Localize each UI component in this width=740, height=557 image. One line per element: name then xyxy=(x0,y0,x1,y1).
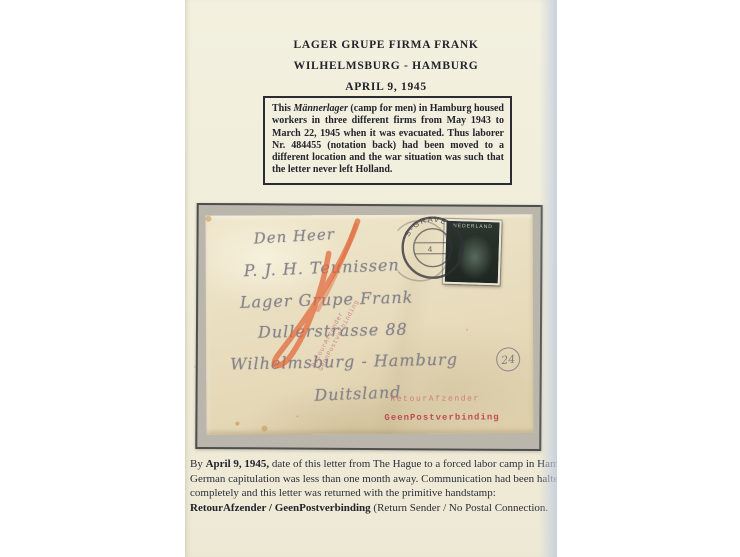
exhibit-title: LAGER GRUPE FIRMA FRANK WILHELMSBURG - H… xyxy=(215,35,557,98)
address-line-6: Duitsland xyxy=(314,382,402,404)
exhibit-title-line-1: LAGER GRUPE FIRMA FRANK xyxy=(215,35,557,56)
postal-district-number: 24 xyxy=(495,346,521,372)
exhibit-title-line-3: APRIL 9, 1945 xyxy=(215,77,557,98)
caption-line-1-rest: date of this letter from The Hague to a … xyxy=(269,458,557,470)
address-line-3: Lager Grupe Frank xyxy=(240,288,414,312)
caption-line-2: German capitulation was less than one mo… xyxy=(190,472,557,487)
page-right-edge-shadow xyxy=(539,0,557,557)
caption-line-4-rest: (Return Sender / No Postal Connection. xyxy=(371,502,549,514)
svg-text:4: 4 xyxy=(428,245,433,254)
description-box: This Männerlager (camp for men) in Hambu… xyxy=(263,96,512,185)
svg-text:'S-GRAVENHAGE: 'S-GRAVENHAGE xyxy=(398,213,466,250)
caption-block: By April 9, 1945, date of this letter fr… xyxy=(190,457,557,515)
caption-line-4: RetourAfzender / GeenPostverbinding (Ret… xyxy=(190,501,557,516)
diagonal-return-handstamp: RetourAfzender GeenPostverbinding xyxy=(310,295,361,373)
postmark-town-text: 'S-GRAVENHAGE xyxy=(398,213,466,250)
diagonal-handstamp-line-1: RetourAfzender xyxy=(310,295,354,369)
address-line-4: Dullerstrasse 88 xyxy=(258,320,408,342)
postage-stamp-country-text: NEDERLAND xyxy=(446,223,499,231)
photographed-exhibit-page: LAGER GRUPE FIRMA FRANK WILHELMSBURG - H… xyxy=(185,0,557,557)
geen-postverbinding-handstamp: GeenPostverbinding xyxy=(384,412,499,423)
foxing-spots xyxy=(206,216,212,222)
circular-postmark-icon: 'S-GRAVENHAGE 4 xyxy=(398,213,468,283)
caption-line-1-pre: By xyxy=(190,458,206,470)
retour-afzender-handstamp: RetourAfzender xyxy=(390,395,480,404)
description-text-pre: This xyxy=(272,103,293,114)
address-line-2: P. J. H. Teunissen xyxy=(243,255,400,280)
envelope: Den Heer P. J. H. Teunissen Lager Grupe … xyxy=(206,214,534,434)
diagonal-handstamp-line-2: GeenPostverbinding xyxy=(317,299,361,373)
exhibit-title-line-2: WILHELMSBURG - HAMBURG xyxy=(215,56,557,77)
caption-line-3: completely and this letter was returned … xyxy=(190,486,557,501)
cover-photograph: Den Heer P. J. H. Teunissen Lager Grupe … xyxy=(195,203,542,451)
caption-line-4-handstamp-names: RetourAfzender / GeenPostverbinding xyxy=(190,502,371,514)
address-line-1: Den Heer xyxy=(253,225,335,248)
description-text-italic: Männerlager xyxy=(293,103,347,114)
address-line-5: Wilhelmsburg - Hamburg xyxy=(230,350,458,374)
postage-stamp: NEDERLAND xyxy=(443,219,502,286)
caption-line-1-date: April 9, 1945, xyxy=(206,458,270,470)
caption-line-1: By April 9, 1945, date of this letter fr… xyxy=(190,457,557,472)
red-crayon-cancel-mark xyxy=(206,214,534,434)
